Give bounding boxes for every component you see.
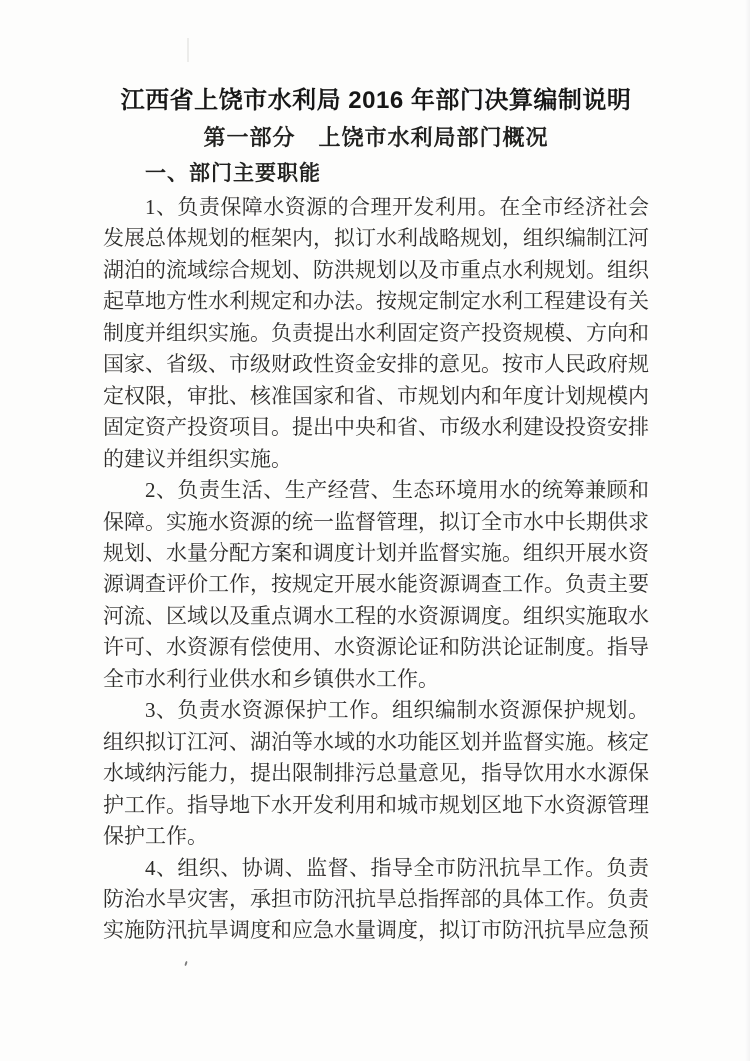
scan-artifact-speck xyxy=(135,623,137,626)
section-heading-main-duties: 一、部门主要职能 xyxy=(103,156,649,192)
scanned-document-page: 江西省上饶市水利局 2016 年部门决算编制说明 第一部分 上饶市水利局部门概况… xyxy=(0,0,750,1061)
document-title: 江西省上饶市水利局 2016 年部门决算编制说明 xyxy=(103,82,649,120)
part-one-heading: 第一部分 上饶市水利局部门概况 xyxy=(103,120,649,156)
scan-artifact-speck xyxy=(184,961,187,966)
scan-page-edge-shadow xyxy=(745,0,750,1061)
scan-artifact-smudge xyxy=(187,38,189,62)
paragraph-duty-3: 3、负责水资源保护工作。组织编制水资源保护规划。组织拟订江河、湖泊等水域的水功能… xyxy=(103,695,649,852)
paragraph-duty-2: 2、负责生活、生产经营、生态环境用水的统筹兼顾和保障。实施水资源的统一监督管理，… xyxy=(103,475,649,695)
paragraph-duty-4: 4、组织、协调、监督、指导全市防汛抗旱工作。负责防治水旱灾害，承担市防汛抗旱总指… xyxy=(103,853,649,947)
paragraph-duty-1: 1、负责保障水资源的合理开发利用。在全市经济社会发展总体规划的框架内，拟订水利战… xyxy=(103,192,649,475)
